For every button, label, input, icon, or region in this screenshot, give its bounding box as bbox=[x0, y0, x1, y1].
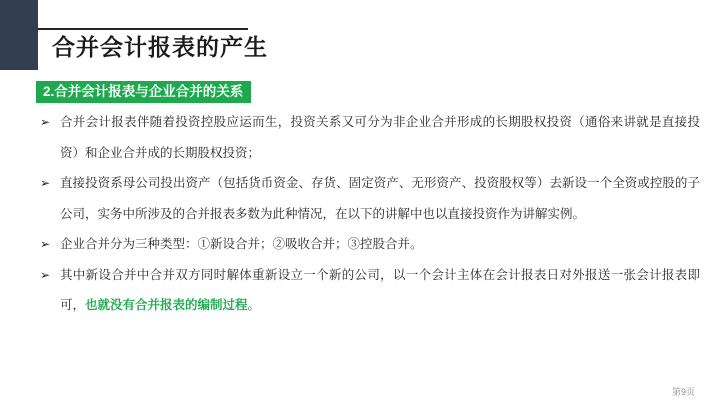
bullet-item-3: ➢ 企业合并分为三种类型：①新设合并；②吸收合并；③控股合并。 bbox=[40, 229, 700, 260]
bullet-text: 合并会计报表伴随着投资控股应运而生，投资关系又可分为非企业合并形成的长期股权投资… bbox=[60, 115, 700, 160]
bullet-item-1: ➢ 合并会计报表伴随着投资控股应运而生，投资关系又可分为非企业合并形成的长期股权… bbox=[40, 107, 700, 168]
bullet-arrow-icon: ➢ bbox=[40, 260, 50, 291]
bullet-item-4: ➢ 其中新设合并中合并双方同时解体重新设立一个新的公司，以一个会计主体在会计报表… bbox=[40, 260, 700, 321]
bullet-text-highlight: 也就没有合并报表的编制过程 bbox=[85, 298, 248, 312]
bullet-text: 企业合并分为三种类型：①新设合并；②吸收合并；③控股合并。 bbox=[60, 237, 423, 251]
title-rule bbox=[38, 28, 248, 30]
bullet-item-2: ➢ 直接投资系母公司投出资产（包括货币资金、存货、固定资产、无形资产、投资股权等… bbox=[40, 168, 700, 229]
page-number: 第9页 bbox=[672, 385, 695, 398]
slide-title: 合并会计报表的产生 bbox=[52, 33, 268, 61]
bullet-arrow-icon: ➢ bbox=[40, 168, 50, 199]
bullet-list: ➢ 合并会计报表伴随着投资控股应运而生，投资关系又可分为非企业合并形成的长期股权… bbox=[40, 107, 700, 321]
corner-accent-block bbox=[0, 0, 38, 70]
bullet-arrow-icon: ➢ bbox=[40, 107, 50, 138]
bullet-text: 直接投资系母公司投出资产（包括货币资金、存货、固定资产、无形资产、投资股权等）去… bbox=[60, 176, 700, 221]
bullet-text-suffix: 。 bbox=[248, 298, 261, 312]
bullet-arrow-icon: ➢ bbox=[40, 229, 50, 260]
slide: 合并会计报表的产生 2.合并会计报表与企业合并的关系 ➢ 合并会计报表伴随着投资… bbox=[0, 0, 720, 405]
section-badge: 2.合并会计报表与企业合并的关系 bbox=[36, 81, 251, 103]
